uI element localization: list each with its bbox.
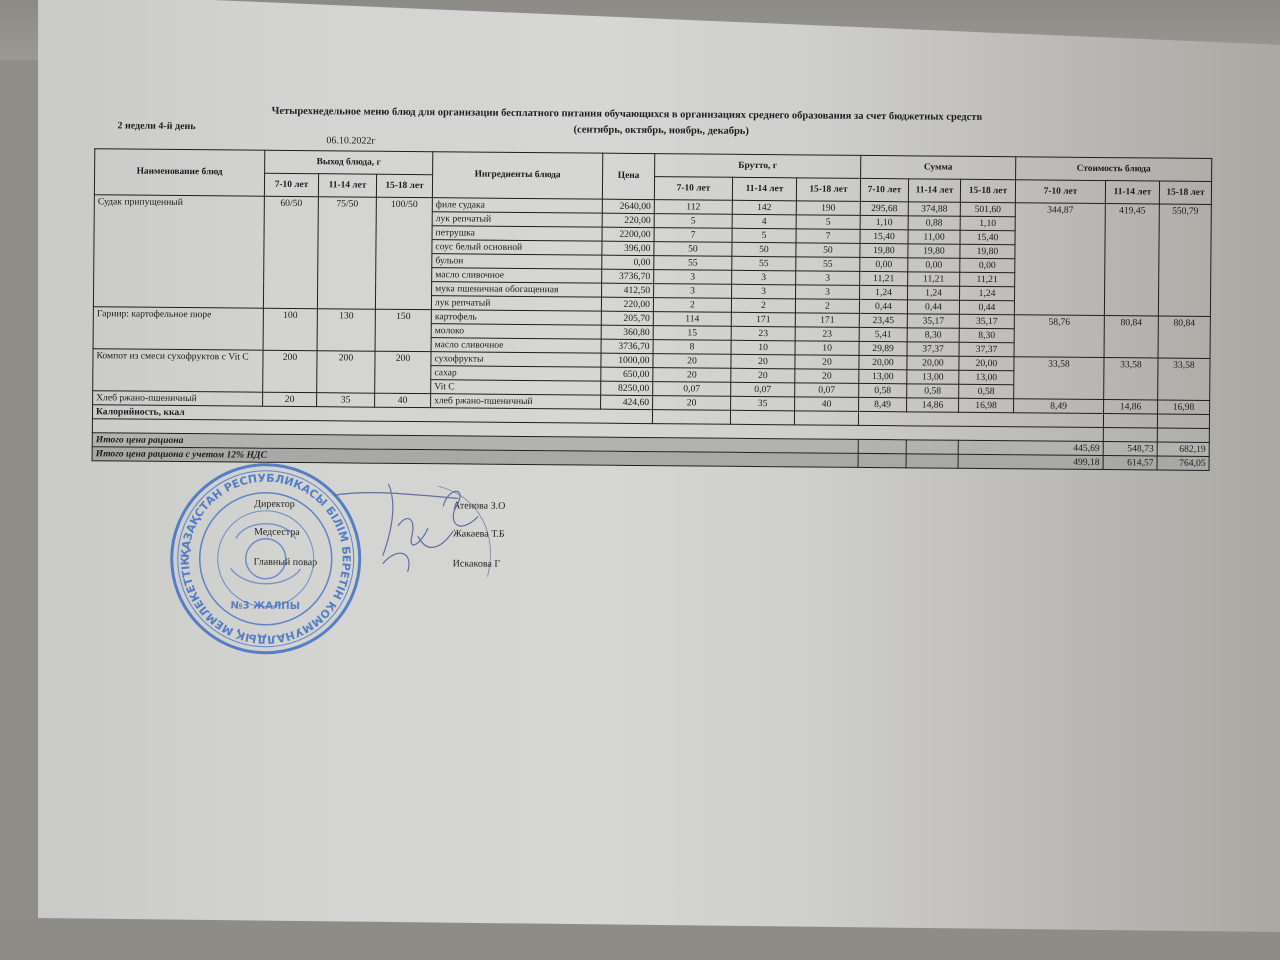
total-15-18: 682,19 bbox=[1157, 442, 1209, 456]
ingredient-price: 424,60 bbox=[601, 395, 653, 409]
dish-cost: 33,58 bbox=[1014, 357, 1104, 400]
ingredient-brutto: 15 bbox=[653, 326, 731, 341]
header-sum: Сумма bbox=[861, 155, 1016, 179]
ingredient-price: 205,70 bbox=[601, 311, 653, 325]
ingredient-brutto: 50 bbox=[796, 243, 860, 258]
ingredient-sum: 5,41 bbox=[859, 327, 907, 341]
ingredient-brutto: 3 bbox=[796, 271, 860, 286]
dish-yield: 75/50 bbox=[317, 197, 376, 310]
header-sum-7-10: 7-10 лет bbox=[860, 178, 908, 201]
dish-yield: 100 bbox=[263, 308, 317, 350]
header-age-11-14: 11-14 лет bbox=[318, 174, 376, 198]
ingredient-brutto: 50 bbox=[654, 242, 732, 257]
ingredient-sum: 0,44 bbox=[959, 300, 1014, 314]
dish-yield: 60/50 bbox=[263, 196, 318, 308]
ingredient-sum: 20,00 bbox=[959, 356, 1014, 370]
ingredient-brutto: 112 bbox=[654, 200, 732, 215]
ingredient-brutto: 171 bbox=[795, 313, 859, 328]
ingredient-brutto: 50 bbox=[732, 242, 796, 257]
header-brutto-15-18: 15-18 лет bbox=[796, 178, 860, 202]
total-vat-7-10: 499,18 bbox=[958, 454, 1103, 469]
official-stamp: ҚАЗАҚСТАН РЕСПУБЛИКАСЫ БІЛІМ БЕРЕТІН КОМ… bbox=[165, 458, 367, 660]
ingredient-price: 396,00 bbox=[602, 241, 654, 255]
header-sum-15-18: 15-18 лет bbox=[960, 179, 1015, 202]
dish-yield: 40 bbox=[375, 393, 431, 407]
ingredient-sum: 14,86 bbox=[907, 398, 959, 412]
ingredient-sum: 8,30 bbox=[959, 328, 1014, 342]
document-date: 06.10.2022г bbox=[326, 135, 375, 146]
ingredient-brutto: 35 bbox=[731, 396, 795, 411]
ingredient-sum: 0,00 bbox=[860, 257, 908, 271]
ingredient-sum: 501,60 bbox=[960, 202, 1015, 216]
ingredient-sum: 35,17 bbox=[907, 314, 959, 328]
ingredient-sum: 20,00 bbox=[859, 355, 907, 369]
header-brutto: Брутто, г bbox=[655, 154, 861, 179]
ingredient-sum: 1,10 bbox=[860, 215, 908, 229]
dish-name: Гарнир: картофельное пюре bbox=[93, 307, 263, 350]
total-vat-15-18: 764,05 bbox=[1157, 456, 1209, 470]
header-brutto-7-10: 7-10 лет bbox=[654, 177, 732, 201]
ingredient-price: 3736,70 bbox=[602, 269, 654, 283]
menu-table-body: Судак припущенный60/5075/50100/50филе су… bbox=[93, 195, 1212, 415]
calories-cell bbox=[730, 410, 794, 425]
calories-cell bbox=[652, 410, 730, 425]
ingredient-brutto: 20 bbox=[795, 369, 859, 384]
ingredient-brutto: 23 bbox=[731, 326, 795, 341]
ingredient-price: 360,80 bbox=[601, 325, 653, 339]
ingredient-brutto: 3 bbox=[732, 284, 796, 299]
ingredient-brutto: 20 bbox=[731, 354, 795, 369]
ingredient-name: лук репчатый bbox=[431, 296, 601, 311]
ingredient-sum: 0,88 bbox=[908, 216, 960, 230]
ingredient-sum: 13,00 bbox=[859, 369, 907, 383]
ingredient-sum: 11,21 bbox=[908, 272, 960, 286]
header-cost-11-14: 11-14 лет bbox=[1105, 181, 1159, 204]
ingredient-sum: 15,40 bbox=[860, 229, 908, 243]
ingredient-sum: 35,17 bbox=[959, 314, 1014, 328]
ingredient-brutto: 10 bbox=[795, 341, 859, 356]
ingredient-price: 0,00 bbox=[602, 255, 654, 269]
calories-cell bbox=[794, 411, 858, 426]
ingredient-sum: 16,98 bbox=[959, 398, 1014, 412]
dish-cost: 344,87 bbox=[1014, 203, 1105, 316]
ingredient-brutto: 5 bbox=[732, 228, 796, 243]
ingredient-name: молоко bbox=[431, 324, 601, 339]
ingredient-sum: 37,37 bbox=[959, 342, 1014, 356]
ingredient-brutto: 55 bbox=[732, 256, 796, 271]
ingredient-brutto: 8 bbox=[653, 340, 731, 355]
header-age-15-18: 15-18 лет bbox=[376, 174, 432, 197]
ingredient-sum: 19,80 bbox=[908, 244, 960, 258]
total-vat-11-14: 614,57 bbox=[1103, 456, 1157, 470]
ingredient-brutto: 3 bbox=[796, 285, 860, 300]
dish-yield: 200 bbox=[317, 351, 375, 394]
dish-cost: 80,84 bbox=[1104, 316, 1158, 358]
dish-name: Хлеб ржано-пшеничный bbox=[93, 391, 263, 406]
ingredient-sum: 0,44 bbox=[907, 300, 959, 314]
dish-cost: 33,58 bbox=[1104, 358, 1158, 400]
ingredient-name: сухофрукты bbox=[431, 352, 601, 367]
header-ingredients: Ингредиенты блюда bbox=[432, 152, 602, 199]
calories-cell bbox=[1157, 414, 1209, 428]
total-7-10: 445,69 bbox=[958, 440, 1103, 455]
ingredient-sum: 0,00 bbox=[908, 258, 960, 272]
ingredient-sum: 0,44 bbox=[859, 299, 907, 313]
ingredient-brutto: 3 bbox=[654, 270, 732, 285]
ingredient-brutto: 0,07 bbox=[731, 382, 795, 397]
ingredient-name: филе судака bbox=[432, 198, 602, 213]
ingredient-sum: 1,10 bbox=[960, 216, 1015, 230]
ingredient-brutto: 190 bbox=[796, 201, 860, 216]
ingredient-sum: 23,45 bbox=[859, 313, 907, 327]
ingredient-brutto: 20 bbox=[731, 368, 795, 383]
total-blank bbox=[906, 440, 958, 454]
ingredient-brutto: 2 bbox=[795, 299, 859, 314]
stamp-bottom-text: №3 ЖАЛПЫ bbox=[231, 600, 301, 612]
ingredient-brutto: 171 bbox=[731, 312, 795, 327]
ingredient-brutto: 20 bbox=[653, 368, 731, 383]
ingredient-brutto: 20 bbox=[795, 355, 859, 370]
dish-cost: 33,58 bbox=[1158, 358, 1210, 400]
ingredient-brutto: 55 bbox=[796, 257, 860, 272]
header-brutto-11-14: 11-14 лет bbox=[732, 177, 796, 201]
ingredient-brutto: 5 bbox=[654, 214, 732, 229]
ingredient-price: 8250,00 bbox=[601, 381, 653, 395]
dish-yield: 150 bbox=[375, 309, 431, 351]
ingredient-price: 220,00 bbox=[601, 297, 653, 311]
dish-cost: 80,84 bbox=[1158, 316, 1210, 358]
ingredient-brutto: 7 bbox=[796, 229, 860, 244]
ingredient-sum: 1,24 bbox=[960, 286, 1015, 300]
ingredient-price: 2200,00 bbox=[602, 227, 654, 241]
ingredient-name: бульон bbox=[432, 254, 602, 269]
ingredient-sum: 19,80 bbox=[960, 244, 1015, 258]
ingredient-brutto: 7 bbox=[654, 228, 732, 243]
ingredient-sum: 11,00 bbox=[908, 230, 960, 244]
ingredient-brutto: 20 bbox=[653, 396, 731, 411]
ingredient-sum: 37,37 bbox=[907, 342, 959, 356]
ingredient-sum: 1,24 bbox=[908, 286, 960, 300]
ingredient-sum: 1,24 bbox=[860, 285, 908, 299]
dish-yield: 200 bbox=[375, 351, 431, 393]
ingredient-brutto: 3 bbox=[654, 284, 732, 299]
ingredient-brutto: 2 bbox=[653, 298, 731, 313]
ingredient-price: 650,00 bbox=[601, 367, 653, 381]
ingredient-sum: 20,00 bbox=[907, 356, 959, 370]
ingredient-sum: 374,88 bbox=[908, 202, 960, 216]
ingredient-sum: 0,58 bbox=[959, 384, 1014, 398]
dish-yield: 35 bbox=[317, 393, 375, 408]
header-price: Цена bbox=[602, 153, 654, 199]
ingredient-price: 2640,00 bbox=[602, 199, 654, 213]
ingredient-name: масло сливочное bbox=[431, 338, 601, 353]
ingredient-brutto: 23 bbox=[795, 327, 859, 342]
ingredient-brutto: 114 bbox=[653, 312, 731, 327]
document-period: (сентябрь, октябрь, ноябрь, декабрь) bbox=[573, 124, 748, 137]
header-age-7-10: 7-10 лет bbox=[264, 173, 318, 196]
ingredient-sum: 295,68 bbox=[860, 201, 908, 215]
ingredient-brutto: 142 bbox=[732, 200, 796, 215]
ingredient-name: Vit C bbox=[431, 380, 601, 395]
ingredient-brutto: 3 bbox=[732, 270, 796, 285]
ingredient-sum: 11,21 bbox=[860, 271, 908, 285]
total-blank bbox=[858, 439, 906, 453]
week-day-label: 2 недели 4-й день bbox=[117, 120, 195, 132]
dish-yield: 100/50 bbox=[375, 197, 432, 309]
header-cost-15-18: 15-18 лет bbox=[1159, 181, 1211, 204]
dish-yield: 130 bbox=[317, 309, 375, 352]
ingredient-name: хлеб ржано-пшеничный bbox=[431, 394, 601, 409]
total-vat-blank bbox=[858, 453, 906, 467]
ingredient-brutto: 5 bbox=[796, 215, 860, 230]
ingredient-sum: 0,00 bbox=[960, 258, 1015, 272]
header-cost-7-10: 7-10 лет bbox=[1015, 180, 1105, 204]
header-sum-11-14: 11-14 лет bbox=[908, 179, 960, 202]
dish-cost: 8,49 bbox=[1014, 399, 1104, 414]
ingredient-brutto: 20 bbox=[653, 354, 731, 369]
ingredient-name: картофель bbox=[431, 310, 601, 325]
empty-cell bbox=[1103, 428, 1157, 442]
ingredient-sum: 13,00 bbox=[959, 370, 1014, 384]
ingredient-sum: 0,58 bbox=[859, 383, 907, 397]
ingredient-name: лук репчатый bbox=[432, 212, 602, 227]
ingredient-price: 1000,00 bbox=[601, 353, 653, 367]
ingredient-sum: 11,21 bbox=[960, 272, 1015, 286]
total-vat-blank bbox=[906, 454, 958, 468]
total-11-14: 548,73 bbox=[1103, 442, 1157, 456]
header-dish-cost: Стоимость блюда bbox=[1016, 157, 1212, 182]
dish-name: Компот из смеси сухофруктов с Vit C bbox=[93, 349, 263, 392]
ingredient-sum: 19,80 bbox=[860, 243, 908, 257]
ingredient-sum: 15,40 bbox=[960, 230, 1015, 244]
ingredient-brutto: 4 bbox=[732, 214, 796, 229]
ingredient-brutto: 55 bbox=[654, 256, 732, 271]
menu-table: Наименование блюд Выход блюда, г Ингреди… bbox=[92, 148, 1213, 471]
ingredient-price: 220,00 bbox=[602, 213, 654, 227]
dish-cost: 419,45 bbox=[1104, 204, 1159, 316]
ingredient-name: петрушка bbox=[432, 226, 602, 241]
document-title: Четырехнедельное меню блюд для организац… bbox=[272, 106, 1072, 124]
dish-yield: 200 bbox=[263, 350, 317, 392]
ingredient-price: 3736,70 bbox=[601, 339, 653, 353]
ingredient-sum: 29,89 bbox=[859, 341, 907, 355]
ingredient-price: 412,50 bbox=[602, 283, 654, 297]
ingredient-name: соус белый основной bbox=[432, 240, 602, 255]
ingredient-name: масло сливочное bbox=[432, 268, 602, 283]
document: Четырехнедельное меню блюд для организац… bbox=[0, 0, 1280, 960]
dish-yield: 20 bbox=[263, 392, 317, 406]
ingredient-name: сахар bbox=[431, 366, 601, 381]
empty-cell bbox=[1157, 428, 1209, 442]
header-dish-name: Наименование блюд bbox=[94, 149, 264, 196]
dish-cost: 58,76 bbox=[1014, 315, 1104, 358]
ingredient-brutto: 0,07 bbox=[795, 383, 859, 398]
ingredient-brutto: 10 bbox=[731, 340, 795, 355]
header-yield: Выход блюда, г bbox=[265, 150, 433, 174]
dish-cost: 16,98 bbox=[1158, 400, 1210, 414]
ingredient-brutto: 40 bbox=[795, 397, 859, 412]
ingredient-brutto: 0,07 bbox=[653, 382, 731, 397]
ingredient-brutto: 2 bbox=[731, 298, 795, 313]
calories-cell bbox=[1103, 414, 1157, 428]
ingredient-sum: 13,00 bbox=[907, 370, 959, 384]
ingredient-sum: 8,49 bbox=[859, 397, 907, 411]
dish-cost: 14,86 bbox=[1104, 400, 1158, 414]
ingredient-name: мука пшеничная обогащенная bbox=[432, 282, 602, 297]
dish-cost: 550,79 bbox=[1158, 204, 1211, 316]
ingredient-sum: 0,58 bbox=[907, 384, 959, 398]
dish-name: Судак припущенный bbox=[93, 195, 264, 308]
ingredient-sum: 8,30 bbox=[907, 328, 959, 342]
